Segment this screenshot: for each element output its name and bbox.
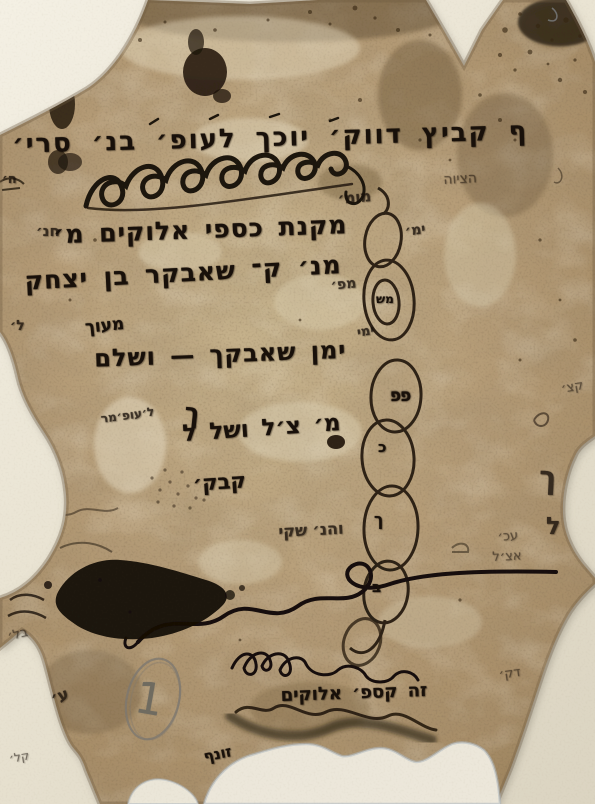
margin-right-atsl: אצ׳ל	[492, 548, 522, 565]
pencil-number: 1	[131, 672, 167, 727]
text-line-8: מ׳ צ׳ל ושל ל	[140, 410, 341, 450]
margin-left-kuf: קל׳	[8, 748, 30, 765]
margin-right-hook-b: ל	[546, 512, 561, 540]
margin-right-hook-a: ך	[538, 460, 557, 496]
text-word-momi: מומ׳	[337, 187, 372, 208]
chain-letter-2: כ	[378, 438, 387, 456]
text-line-3: מקנת כספי אלוקים מ׳	[62, 210, 348, 249]
text-word-yam: ימ׳	[404, 221, 426, 240]
chain-letter-1: פפ	[390, 386, 410, 406]
margin-right-top: הציוה	[443, 170, 477, 188]
text-line-4: מנ׳ ק־ שאבקר בן יצחק	[36, 250, 342, 295]
text-line-12: זונף	[202, 742, 233, 765]
manuscript-photo: ף קביץ דווק׳ יוכך לעופ׳ בנ׳ סרי׳ מומ׳ הצ…	[0, 0, 595, 804]
margin-left-bet: בל׳	[6, 625, 30, 645]
text-line-10: והנ׳ שקי	[278, 519, 344, 541]
margin-right-eck: עכ׳	[497, 528, 519, 545]
margin-left-ayin: ע׳	[48, 684, 71, 708]
handwriting-layer: ף קביץ דווק׳ יוכך לעופ׳ בנ׳ סרי׳ מומ׳ הצ…	[0, 0, 595, 804]
margin-right-kats: קצ׳	[560, 378, 585, 397]
chain-letter-3: ך	[374, 510, 383, 529]
margin-left-lamed: ל׳	[10, 318, 25, 334]
text-line-6: ימן שאבקך — ושלם	[56, 336, 347, 374]
chain-letter-0: מש	[376, 292, 394, 306]
text-line-9: קבק׳	[192, 468, 247, 496]
text-word-yemey: ימי	[356, 323, 375, 341]
text-word-meil: מעוך	[84, 314, 125, 338]
chain-letter-4: ב	[372, 578, 381, 596]
margin-right-dak: דק׳	[498, 665, 522, 683]
text-line-1: ף קביץ דווק׳ יוכך לעופ׳ בנ׳ סרי׳	[78, 116, 529, 158]
text-word-chan: חנ׳	[36, 222, 60, 240]
margin-left-top: ה׳	[2, 172, 17, 187]
text-line-11: זה קספ׳ אלוקים	[252, 680, 428, 707]
